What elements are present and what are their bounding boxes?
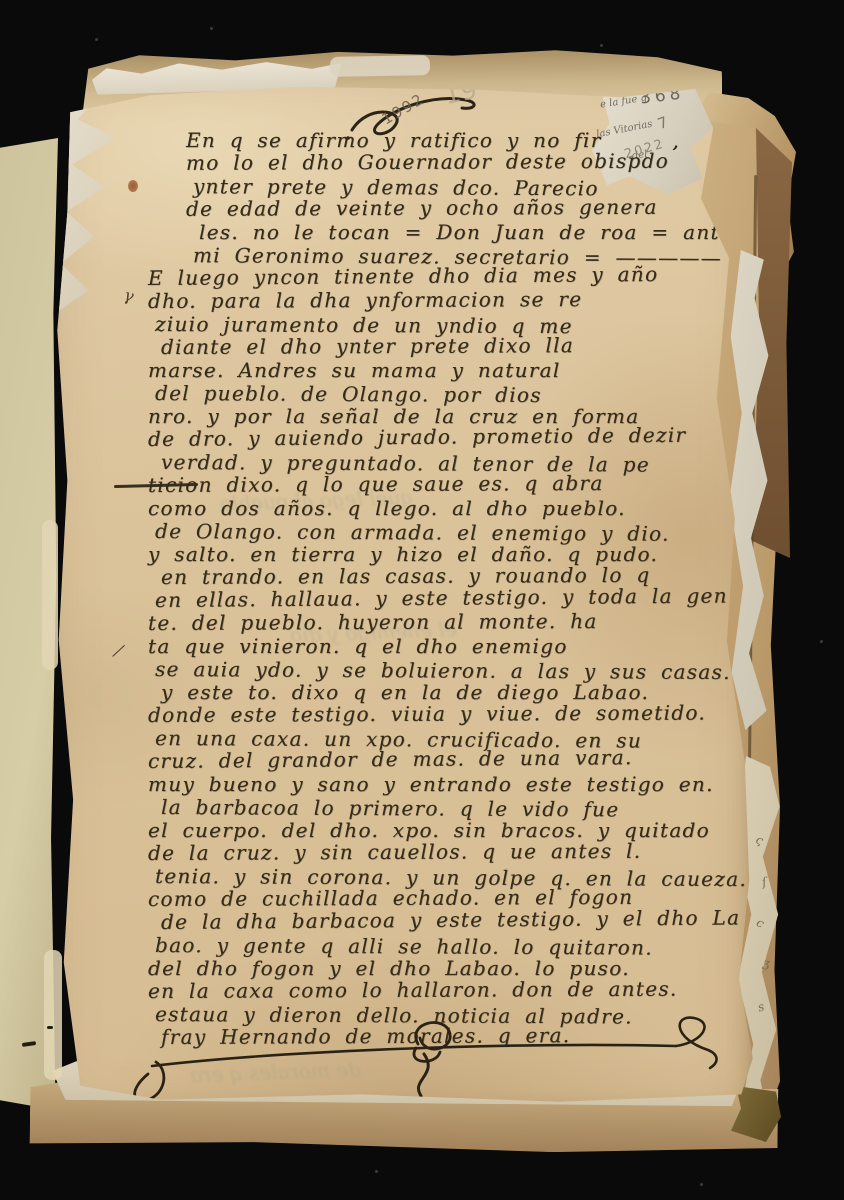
manuscript-line: E luego yncon tinente dho dia mes y año bbox=[148, 261, 723, 289]
manuscript-line: cruz. del grandor de mas. de una vara. bbox=[148, 744, 723, 772]
manuscript-line: se auia ydo. y se boluieron. a las y sus… bbox=[155, 657, 723, 683]
dust-speck bbox=[210, 27, 213, 30]
ink-fleck bbox=[47, 1026, 53, 1029]
dust-speck bbox=[95, 38, 98, 41]
manuscript-line: de Olango. con armada. el enemigo y dio. bbox=[155, 519, 723, 545]
manuscript-line: de dro. y auiendo jurado. prometio de de… bbox=[148, 422, 723, 450]
manuscript-line: marse. Andres su mama y natural bbox=[148, 358, 723, 381]
manuscript-line: mo lo el dho Gouernador deste obispdo bbox=[148, 148, 723, 174]
rust-stain bbox=[128, 180, 138, 192]
manuscript-line: muy bueno y sano y entrando este testigo… bbox=[148, 772, 723, 795]
manuscript-line: ta que vinieron. q el dho enemigo bbox=[148, 634, 723, 657]
torn-repair-top-edge bbox=[330, 55, 430, 77]
manuscript-line: dho. para la dha ynformacion se re bbox=[148, 286, 723, 312]
manuscript-line: te. del pueblo. huyeron al monte. ha bbox=[148, 608, 723, 634]
manuscript-line: la barbacoa lo primero. q le vido fue bbox=[161, 795, 723, 821]
text-block: En q se afirmo y ratifico y no firmo lo … bbox=[148, 128, 723, 1048]
dust-speck bbox=[820, 640, 823, 643]
gutter-repair bbox=[44, 950, 62, 1080]
manuscript-line: en ellas. hallaua. y este testigo. y tod… bbox=[155, 584, 723, 611]
manuscript-line: En q se afirmo y ratifico y no fir bbox=[148, 128, 723, 151]
manuscript-line: de la cruz. y sin cauellos. q ue antes l… bbox=[148, 838, 723, 864]
manuscript-line: del pueblo. de Olango. por dios bbox=[155, 381, 723, 407]
dust-speck bbox=[700, 1183, 703, 1186]
manuscript-line: donde este testigo. viuia y viue. de som… bbox=[148, 700, 723, 726]
manuscript-line: les. no le tocan = Don Juan de roa = ant… bbox=[161, 220, 723, 243]
manuscript-line: diante el dho ynter prete dixo lla bbox=[161, 333, 723, 358]
manuscript-page: e la fue q las Vitorias del quel lego al… bbox=[40, 58, 760, 1122]
manuscript-line: el cuerpo. del dho. xpo. sin bracos. y q… bbox=[148, 818, 723, 841]
dust-speck bbox=[600, 44, 603, 47]
manuscript-line: como dos años. q llego. al dho pueblo. bbox=[148, 496, 723, 519]
gutter-repair bbox=[42, 520, 58, 670]
photo-backdrop: ς ſ c ʒ s e la fue q las Vitorias del qu… bbox=[0, 0, 844, 1200]
manuscript-line: de la dha barbacoa y este testigo. y el … bbox=[161, 906, 723, 933]
manuscript-line: ticion dixo. q lo que saue es. q abra bbox=[148, 470, 723, 496]
manuscript-line: bao. y gente q alli se hallo. lo quitaro… bbox=[155, 933, 723, 959]
manuscript-line: de edad de veinte y ocho años genera bbox=[148, 194, 723, 220]
dust-speck bbox=[375, 1170, 378, 1173]
